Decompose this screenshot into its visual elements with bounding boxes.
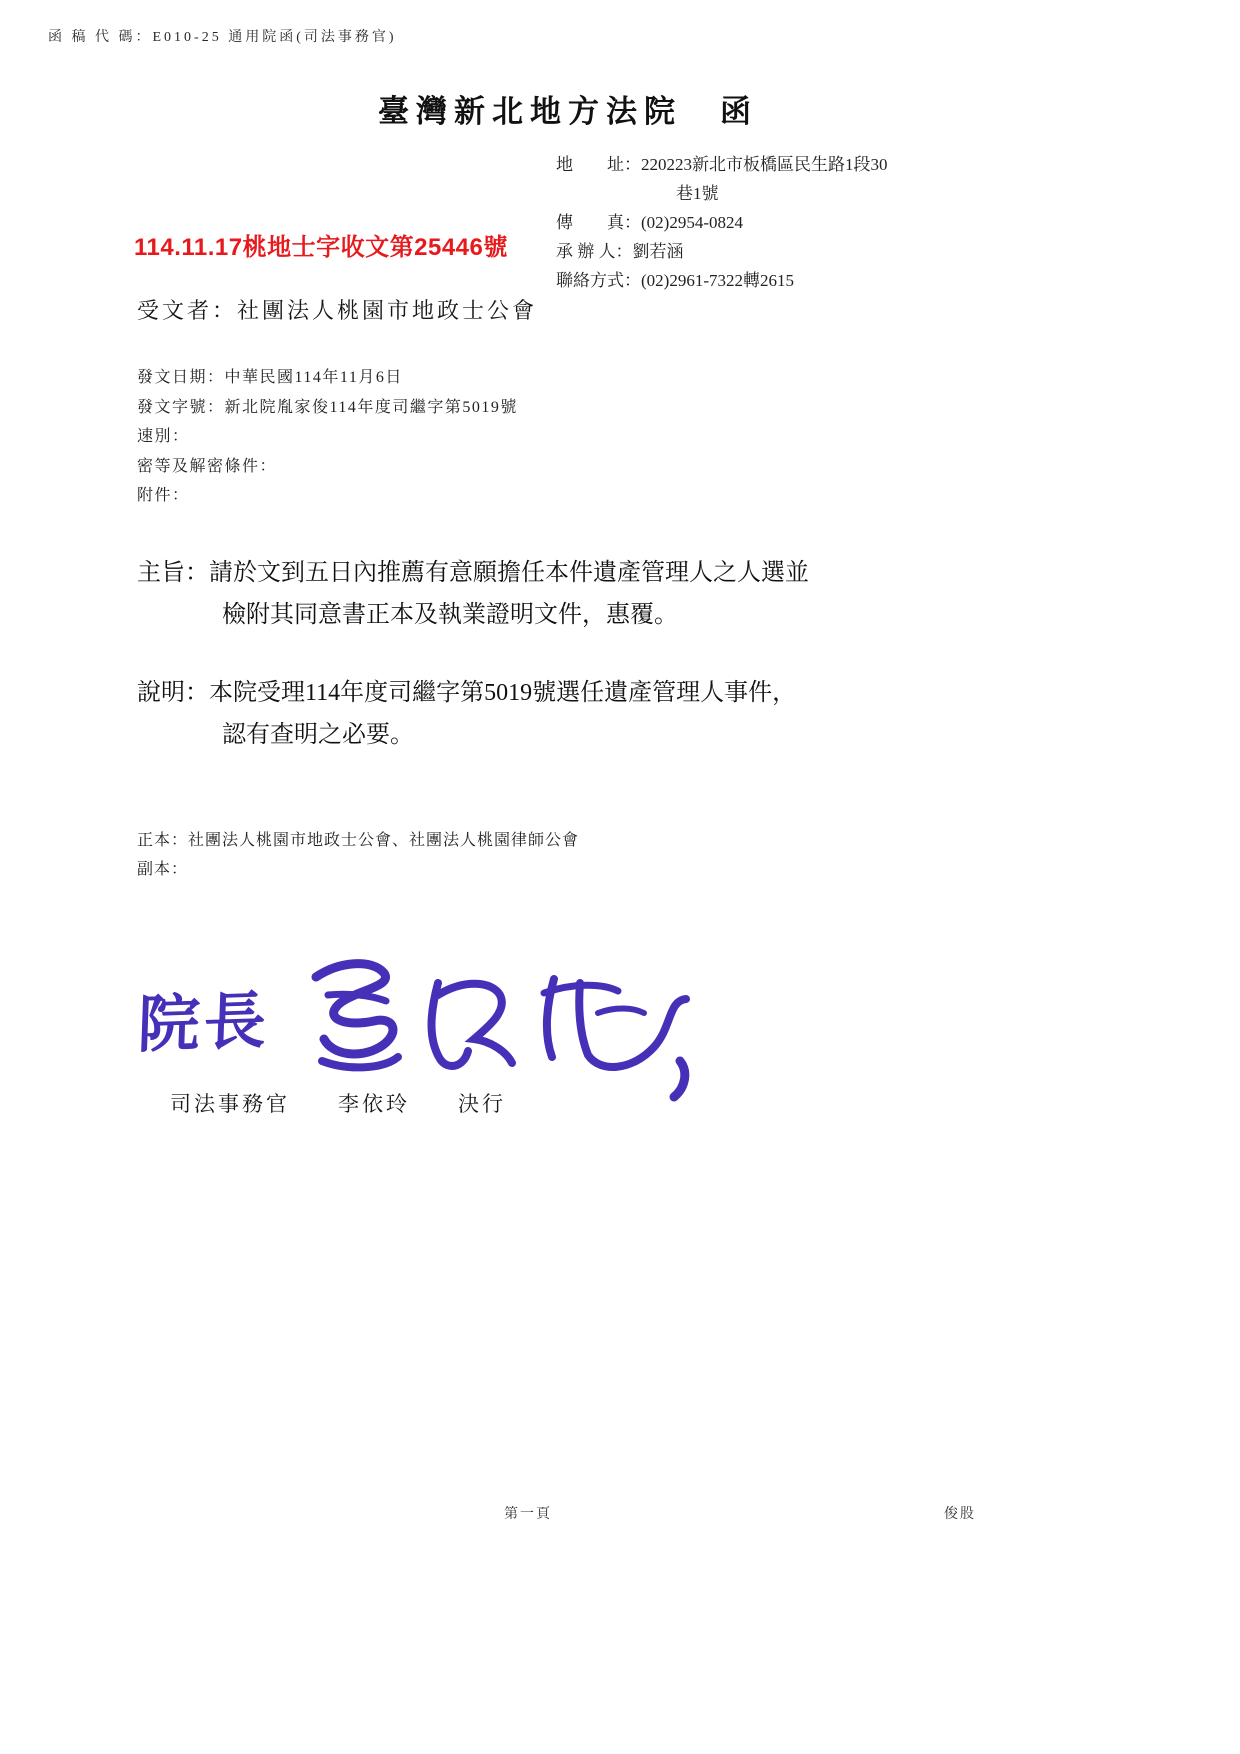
scanned-court-letter: 函 稿 代 碼：E010-25 通用院函(司法事務官) 臺灣新北地方法院 函 地… [0,0,1240,1754]
security-class-line: 密等及解密條件： [137,452,757,482]
cc-copy-line: 副本： [137,855,837,884]
explanation-text-line2: 認有查明之必要。 [137,714,997,756]
subject-label: 主旨： [137,552,209,594]
fax-line: 傳 真：(02)2954-0824 [556,208,1026,237]
document-title: 臺灣新北地方法院 函 [378,86,758,131]
address-line-1: 地 址：220223新北市板橋區民生路1段30 [556,150,1026,179]
document-meta-block: 發文日期：中華民國114年11月6日 發文字號：新北院胤家俊114年度司繼字第5… [137,363,757,511]
page-number: 第一頁 [504,1503,552,1523]
phone-line: 聯絡方式：(02)2961-7322轉2615 [556,266,1026,295]
president-title: 院長 [136,971,271,1065]
issue-date-line: 發文日期：中華民國114年11月6日 [137,363,757,393]
address-line-2: 巷1號 [556,179,1026,208]
handling-unit: 俊股 [944,1503,976,1523]
signature-area: 院長 [138,955,698,1105]
clerk-line: 承 辦 人：劉若涵 [556,237,1026,266]
officer-decision-line: 司法事務官 李依玲 決行 [170,1088,506,1118]
explanation-label: 說明： [137,672,209,714]
distribution-block: 正本：社團法人桃園市地政士公會、社團法人桃園律師公會 副本： [137,826,837,884]
subject-text-line2: 檢附其同意書正本及執業證明文件，惠覆。 [137,594,997,636]
subject-paragraph: 主旨： 請於文到五日內推薦有意願擔任本件遺產管理人之人選並 檢附其同意書正本及執… [137,552,997,636]
attachment-line: 附件： [137,481,757,511]
speed-class-line: 速別： [137,422,757,452]
received-date-stamp: 114.11.17桃地士字收文第25446號 [134,227,508,262]
president-signature-handwriting [288,943,708,1103]
reference-number-line: 發文字號：新北院胤家俊114年度司繼字第5019號 [137,393,757,423]
court-contact-block: 地 址：220223新北市板橋區民生路1段30 巷1號 傳 真：(02)2954… [556,150,1026,295]
explanation-paragraph: 說明： 本院受理114年度司繼字第5019號選任遺產管理人事件， 認有查明之必要… [137,672,997,756]
original-copy-line: 正本：社團法人桃園市地政士公會、社團法人桃園律師公會 [137,826,837,855]
form-code-header: 函 稿 代 碼：E010-25 通用院函(司法事務官) [48,26,397,46]
explanation-text-line1: 本院受理114年度司繼字第5019號選任遺產管理人事件， [209,672,796,714]
recipient-line: 受文者：社團法人桃園市地政士公會 [137,294,537,325]
subject-text-line1: 請於文到五日內推薦有意願擔任本件遺產管理人之人選並 [209,552,809,594]
